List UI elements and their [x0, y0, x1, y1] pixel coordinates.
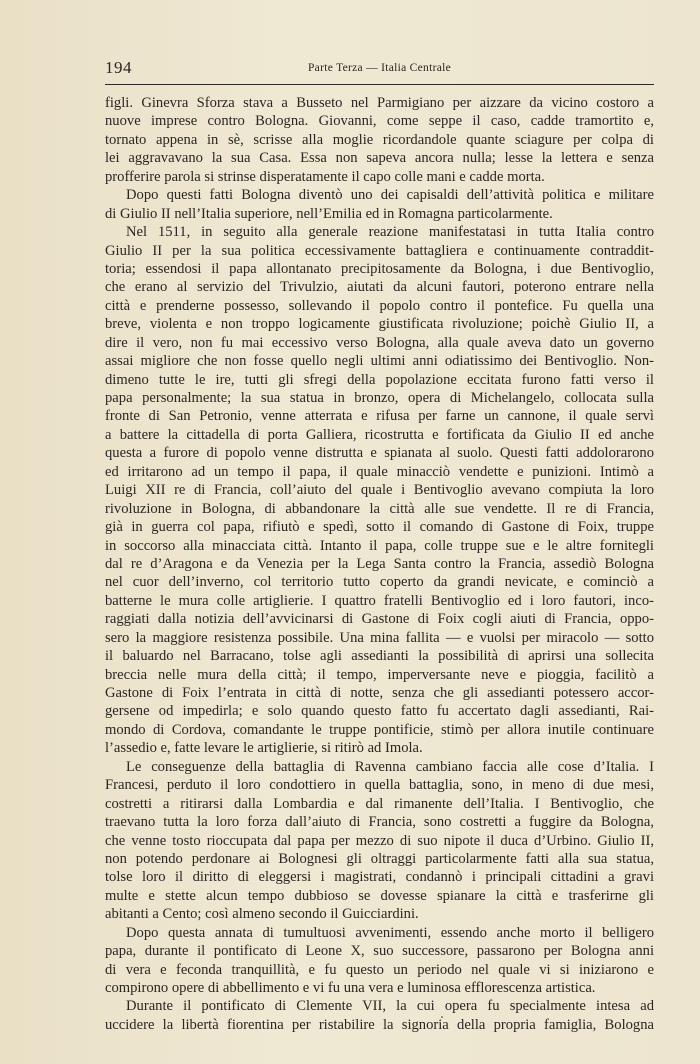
- text-line: figli. Ginevra Sforza stava a Busseto ne…: [105, 94, 654, 112]
- running-title: Parte Terza — Italia Centrale: [105, 62, 654, 74]
- text-line: dimeno tutte le ire, tutti gli sfregi de…: [105, 371, 654, 389]
- text-line: che erano al servizio del Trivulzio, aiu…: [105, 278, 654, 296]
- text-line: Giulio II per la sua politica eccessivam…: [105, 242, 654, 260]
- header-rule: [105, 84, 654, 85]
- text-line: Francesi, perduto il loro condottiero in…: [105, 776, 654, 794]
- text-line: l’assedio e, fatte levare le artiglierie…: [105, 739, 654, 757]
- text-line: assai migliore che non fosse quello negl…: [105, 352, 654, 370]
- text-line: a battere la cittadella di porta Gallier…: [105, 426, 654, 444]
- text-line: tolse loro il diritto di eleggersi i mag…: [105, 868, 654, 886]
- body-text: figli. Ginevra Sforza stava a Busseto ne…: [105, 94, 654, 1034]
- paragraph: Dopo questa annata di tumultuosi avvenim…: [105, 924, 654, 998]
- text-line: ed irritarono ad un tempo il papa, il qu…: [105, 463, 654, 481]
- text-line: compirono opere di abbellimento e vi fu …: [105, 979, 654, 997]
- text-line: abitanti a Cento; così almeno secondo il…: [105, 905, 654, 923]
- text-line: Le conseguenze della battaglia di Ravenn…: [105, 758, 654, 776]
- paragraph: Dopo questi fatti Bologna diventò uno de…: [105, 186, 654, 223]
- text-line: gersene od impedirla; e solo quando ques…: [105, 702, 654, 720]
- text-line: dal re d’Aragona e da Venezia per la Leg…: [105, 555, 654, 573]
- text-line: Dopo questa annata di tumultuosi avvenim…: [105, 924, 654, 942]
- text-line: dire il vero, non fu mai eccessivo verso…: [105, 334, 654, 352]
- text-line: Dopo questi fatti Bologna diventò uno de…: [105, 186, 654, 204]
- running-head: 194 Parte Terza — Italia Centrale: [105, 58, 654, 80]
- text-line: breve, violenta e non troppo logicamente…: [105, 315, 654, 333]
- text-line: di vera e feconda tranquillità, e fu que…: [105, 961, 654, 979]
- text-line: già in guerra col papa, rifiutò e spedì,…: [105, 518, 654, 536]
- text-line: sero la maggiore resistenza possibile. U…: [105, 629, 654, 647]
- text-line: che venne tosto rioccupata dal papa per …: [105, 832, 654, 850]
- text-line: di Giulio II nell’Italia superiore, nell…: [105, 205, 654, 223]
- text-line: Nel 1511, in seguito alla generale reazi…: [105, 223, 654, 241]
- text-line: nuove imprese contro Bologna. Giovanni, …: [105, 112, 654, 130]
- text-line: raggiati dalla notizia dell’avvicinarsi …: [105, 610, 654, 628]
- text-line: Durante il pontificato di Clemente VII, …: [105, 997, 654, 1015]
- paragraph: Nel 1511, in seguito alla generale reazi…: [105, 223, 654, 758]
- text-line: lei aggravavano la sua Casa. Essa non sa…: [105, 149, 654, 167]
- text-line: toria; essendosi il papa allontanato pre…: [105, 260, 654, 278]
- text-line: Luigi XII re di Francia, coll’aiuto del …: [105, 481, 654, 499]
- text-line: uccidere la libertà fiorentina per rista…: [105, 1016, 654, 1034]
- text-line: multe e stette alcun tempo dubbioso se d…: [105, 887, 654, 905]
- text-line: nel cuor dell’inverno, col territorio tu…: [105, 573, 654, 591]
- text-line: fronte di San Petronio, venne atterrata …: [105, 407, 654, 425]
- text-line: mondo di Cordova, comandante le truppe p…: [105, 721, 654, 739]
- text-line: papa, durante il pontificato di Leone X,…: [105, 942, 654, 960]
- text-line: rivoluzione in Bologna, di abbandonare l…: [105, 500, 654, 518]
- text-line: costretti a ritirarsi dalla Lombardia e …: [105, 795, 654, 813]
- text-line: traevano tutta la loro forza dall’aiuto …: [105, 813, 654, 831]
- text-line: batterne le mura colle artiglierie. I qu…: [105, 592, 654, 610]
- paragraph: Durante il pontificato di Clemente VII, …: [105, 997, 654, 1034]
- text-line: questa a furore di popolo venne distrutt…: [105, 444, 654, 462]
- text-line: profferire parola si strinse disperatame…: [105, 168, 654, 186]
- paragraph: Le conseguenze della battaglia di Ravenn…: [105, 758, 654, 924]
- paragraph: figli. Ginevra Sforza stava a Busseto ne…: [105, 94, 654, 186]
- text-line: tornato appena in sè, scrisse alla mogli…: [105, 131, 654, 149]
- text-line: breccia nelle mura della città; il tempo…: [105, 666, 654, 684]
- text-line: papa personalmente; la sua statua in bro…: [105, 389, 654, 407]
- scan-speck: [441, 1016, 443, 1018]
- text-line: il baluardo nel Barracano, tolse agli as…: [105, 647, 654, 665]
- text-line: città e prenderne possesso, sollevando i…: [105, 297, 654, 315]
- text-line: non potendo perdonare ai Bolognesi gli o…: [105, 850, 654, 868]
- text-line: Gastone di Foix l’entrata in città di no…: [105, 684, 654, 702]
- text-line: in soccorso alla minacciata città. Intan…: [105, 537, 654, 555]
